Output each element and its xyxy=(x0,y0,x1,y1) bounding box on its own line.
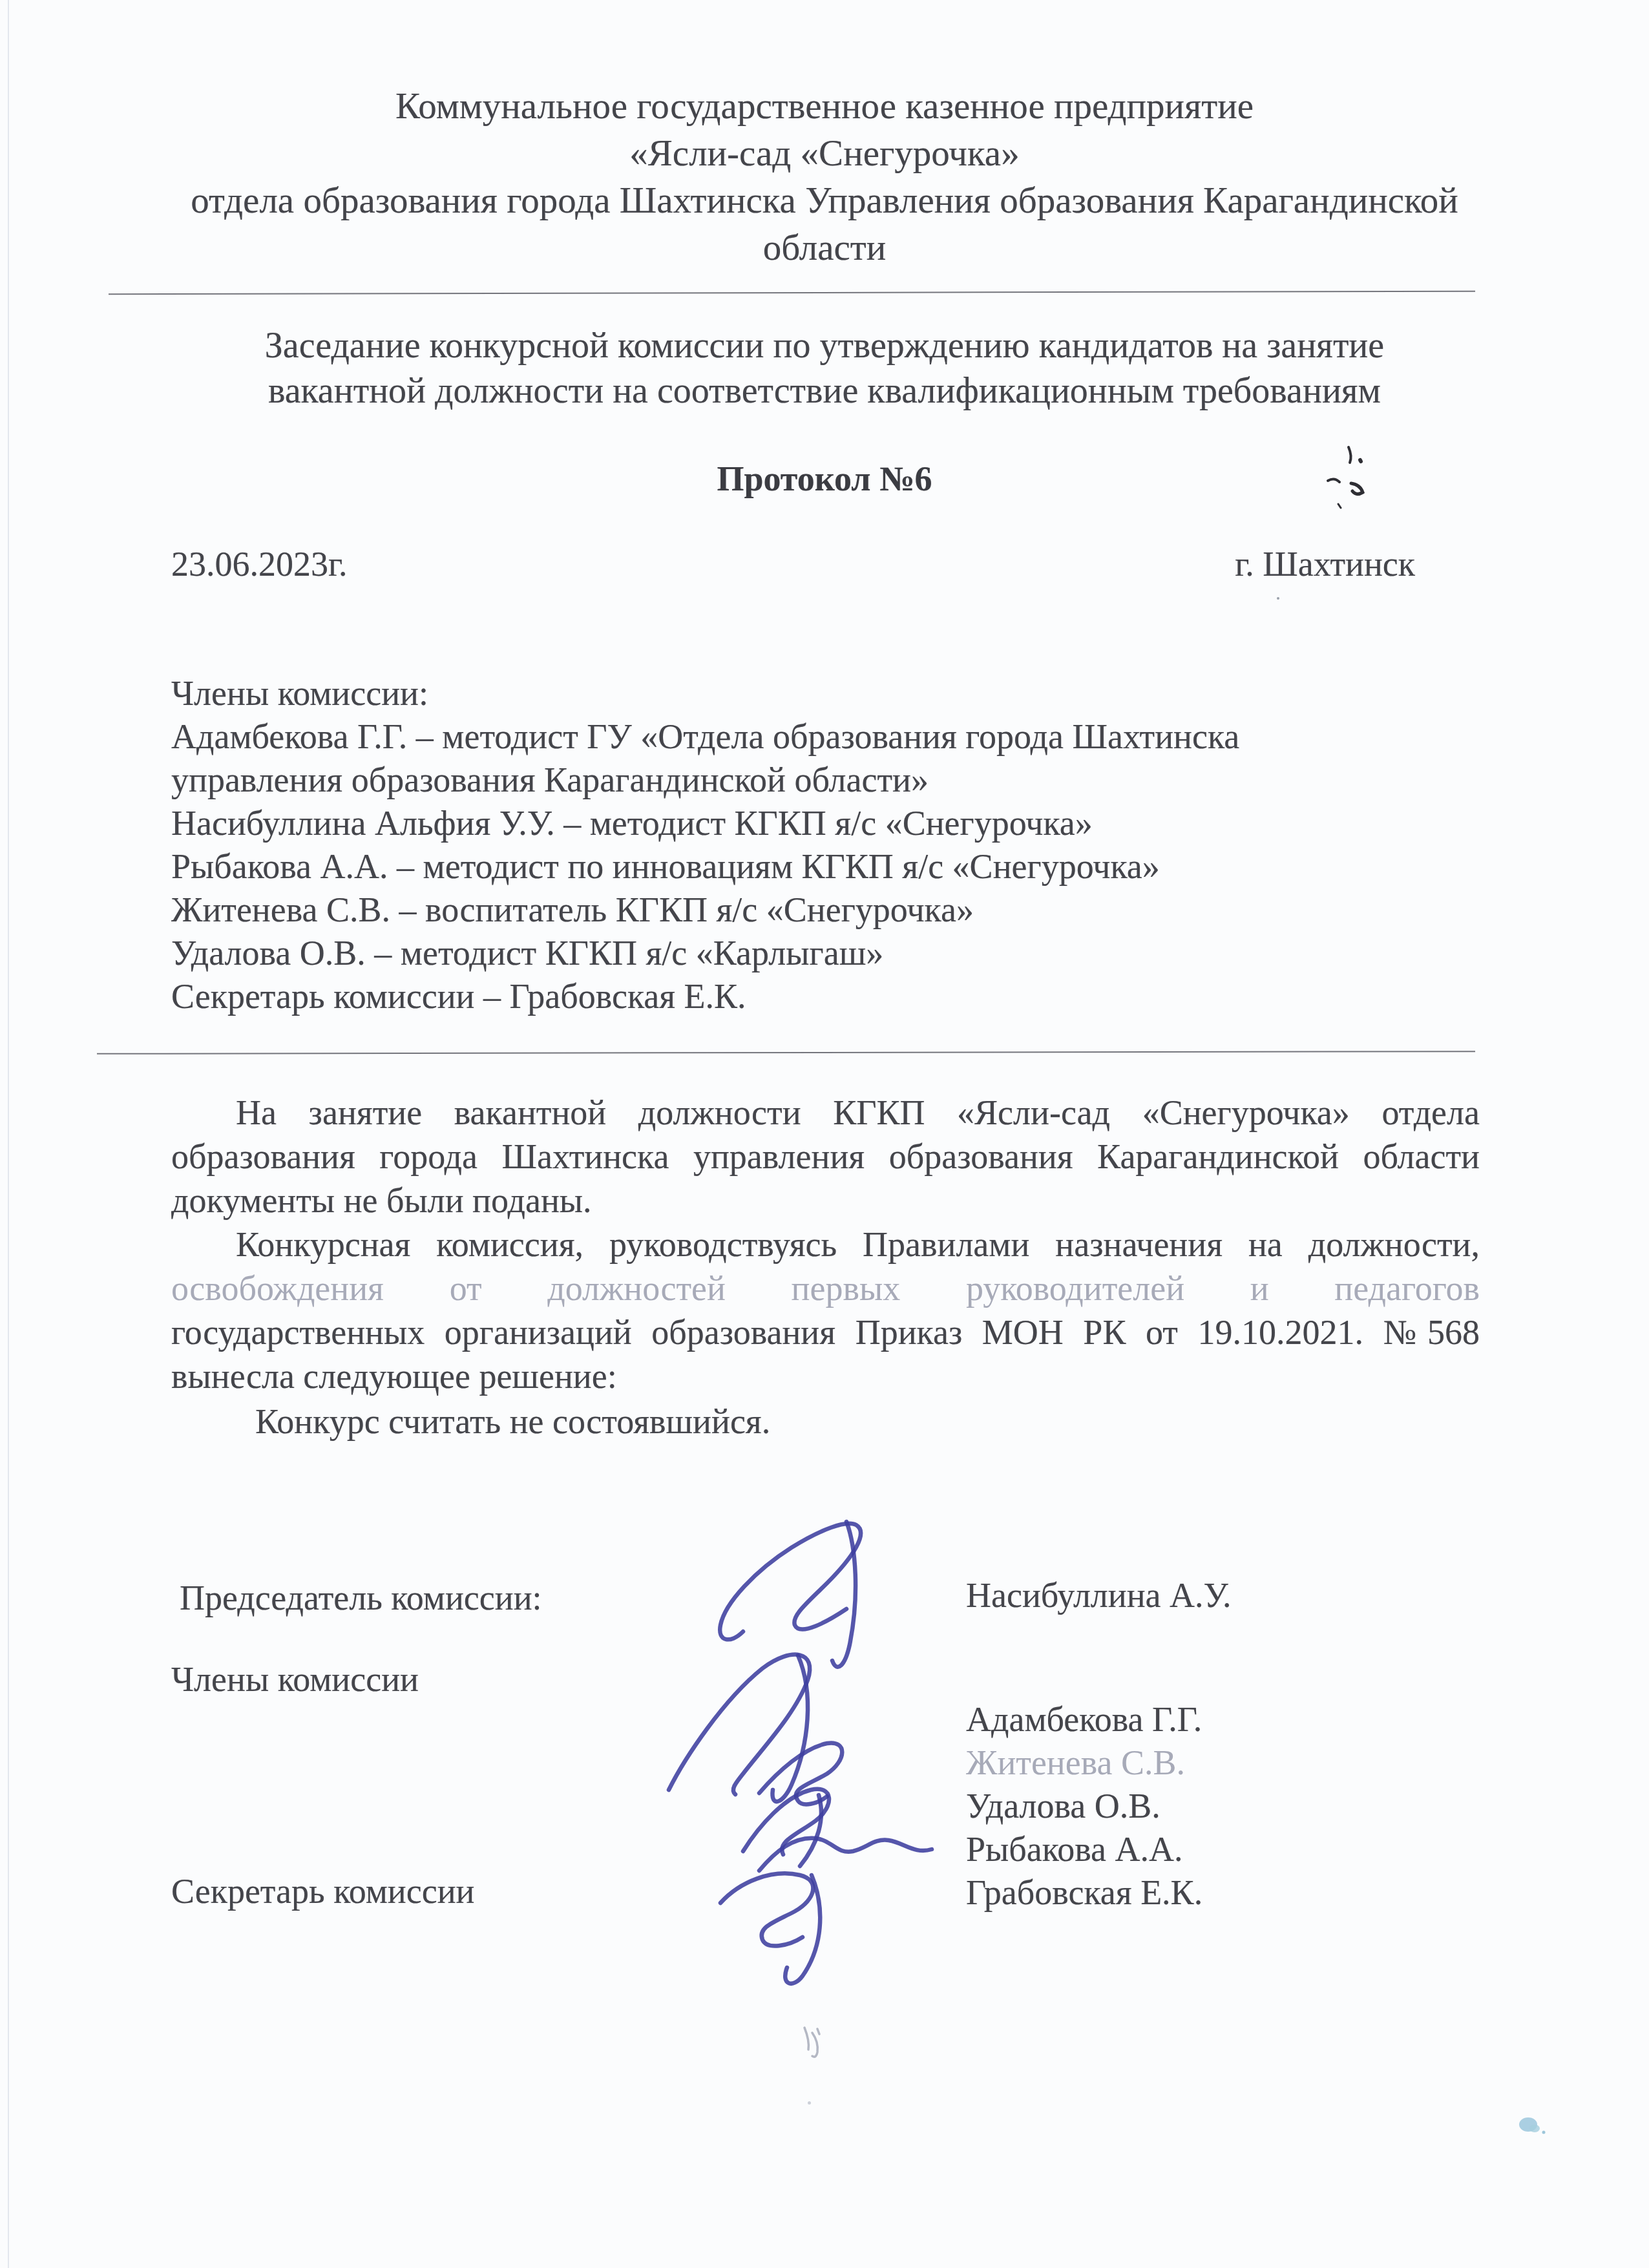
document-date: 23.06.2023г. xyxy=(171,544,348,584)
secretary-label: Секретарь комиссии xyxy=(171,1871,474,1911)
member-line: Адамбекова Г.Г. – методист ГУ «Отдела об… xyxy=(171,715,1496,759)
commission-members-list: Члены комиссии: Адамбекова Г.Г. – методи… xyxy=(171,672,1496,1018)
body-line-faded-print: освобождения от должностей первых руково… xyxy=(171,1266,1480,1310)
member-line: Житенева С.В. – воспитатель КГКП я/с «Сн… xyxy=(171,888,1496,932)
meeting-title-line: Заседание конкурсной комиссии по утвержд… xyxy=(226,323,1423,368)
chairman-label: Председатель комиссии: xyxy=(180,1578,542,1618)
member-line: управления образования Карагандинской об… xyxy=(171,759,1496,802)
signature-secretary xyxy=(785,1875,820,1984)
scanned-protocol-page: Коммунальное государственное казенное пр… xyxy=(0,0,1649,2268)
signing-name: Адамбекова Г.Г. xyxy=(966,1698,1203,1741)
signing-name: Удалова О.В. xyxy=(966,1785,1203,1828)
protocol-number-title: Протокол №6 xyxy=(0,459,1649,499)
body-line: образования города Шахтинска управления … xyxy=(171,1135,1480,1179)
member-line: Удалова О.В. – методист КГКП я/с «Карлыг… xyxy=(171,932,1496,975)
scanner-edge-artifact xyxy=(8,0,9,2268)
members-signing-label: Члены комиссии xyxy=(171,1659,419,1699)
date-city-row: 23.06.2023г. г. Шахтинск xyxy=(171,544,1415,584)
signing-name-faded: Житенева С.В. xyxy=(966,1741,1203,1785)
member-line: Секретарь комиссии – Грабовская Е.К. xyxy=(171,975,1496,1018)
dust-speck xyxy=(1277,597,1279,600)
blue-ink-blot-artifact xyxy=(1515,2113,1548,2139)
protocol-body-text: На занятие вакантной должности КГКП «Ясл… xyxy=(171,1091,1480,1444)
org-header-line: Коммунальное государственное казенное пр… xyxy=(39,83,1610,130)
signature-chairman xyxy=(832,1522,856,1667)
org-header-line: области xyxy=(39,224,1610,271)
meeting-title-line: вакантной должности на соответствие квал… xyxy=(226,368,1423,414)
signing-name: Грабовская Е.К. xyxy=(966,1871,1203,1915)
signing-names-column: Адамбекова Г.Г. Житенева С.В. Удалова О.… xyxy=(966,1698,1203,1915)
member-line: Рыбакова А.А. – методист по инновациям К… xyxy=(171,845,1496,888)
decision-line: Конкурс считать не состоявшийся. xyxy=(171,1400,1480,1444)
document-city: г. Шахтинск xyxy=(1235,544,1415,584)
body-line: Конкурсная комиссия, руководствуясь Прав… xyxy=(171,1223,1480,1266)
organization-header: Коммунальное государственное казенное пр… xyxy=(39,83,1610,271)
body-line: вынесла следующее решение: xyxy=(171,1354,1480,1398)
signature-member xyxy=(669,1655,810,1794)
handwritten-signatures xyxy=(633,1486,969,2003)
signing-name: Рыбакова А.А. xyxy=(966,1828,1203,1871)
ink-speck-artifacts xyxy=(1315,441,1380,515)
signature-secretary xyxy=(720,1873,813,1946)
divider-line-middle xyxy=(97,1051,1475,1055)
dust-speck xyxy=(808,2101,811,2105)
pencil-mark-artifact xyxy=(798,2022,837,2068)
body-line: государственных организаций образования … xyxy=(171,1310,1480,1354)
body-line: На занятие вакантной должности КГКП «Ясл… xyxy=(171,1091,1480,1135)
members-heading: Члены комиссии: xyxy=(171,672,1496,715)
chairman-name: Насибуллина А.У. xyxy=(966,1575,1231,1615)
org-header-line: отдела образования города Шахтинска Упра… xyxy=(39,177,1610,224)
signature-chairman xyxy=(720,1524,861,1639)
divider-line-top xyxy=(109,291,1475,295)
meeting-title: Заседание конкурсной комиссии по утвержд… xyxy=(226,323,1423,414)
org-header-line: «Ясли-сад «Снегурочка» xyxy=(39,130,1610,177)
member-line: Насибуллина Альфия У.У. – методист КГКП … xyxy=(171,802,1496,845)
body-line: документы не были поданы. xyxy=(171,1179,1480,1223)
